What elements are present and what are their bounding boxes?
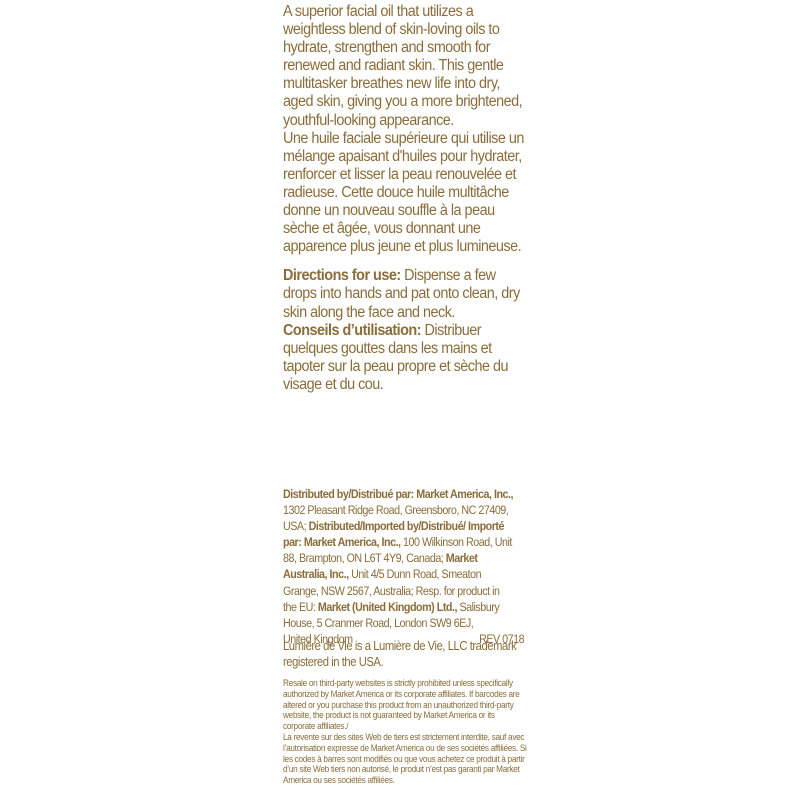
legal-english: Resale on third-party websites is strict…: [283, 679, 528, 733]
legal-notice: Resale on third-party websites is strict…: [283, 679, 528, 787]
distributor-us-label: Distributed by/Distribué par: Market Ame…: [283, 487, 513, 501]
directions-english: Directions for use: Dispense a few drops…: [283, 267, 527, 321]
trademark-text: Lumière de Vie is a Lumière de Vie, LLC …: [283, 638, 526, 670]
description-french: Une huile faciale supérieure qui utilise…: [283, 130, 527, 257]
product-label-panel: A superior facial oil that utilizes a we…: [283, 3, 528, 394]
legal-french: La revente sur des sites Web de tiers es…: [283, 733, 528, 787]
description-block: A superior facial oil that utilizes a we…: [283, 3, 527, 394]
distribution-block: Distributed by/Distribué par: Market Ame…: [283, 486, 514, 647]
distribution-text: Distributed by/Distribué par: Market Ame…: [283, 486, 514, 631]
description-english: A superior facial oil that utilizes a we…: [283, 3, 527, 130]
directions-english-label: Directions for use:: [283, 267, 401, 284]
directions-french-label: Conseils d’utilisation:: [283, 322, 421, 339]
directions-french: Conseils d’utilisation: Distribuer quelq…: [283, 322, 527, 394]
trademark-notice: Lumière de Vie is a Lumière de Vie, LLC …: [283, 638, 526, 670]
distributor-uk-label: Market (United Kingdom) Ltd.,: [318, 600, 457, 614]
